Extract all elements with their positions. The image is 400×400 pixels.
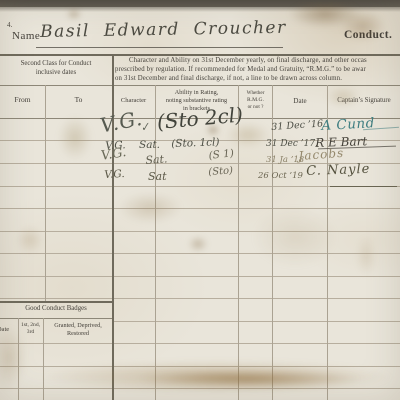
name-label: Name — [12, 30, 40, 42]
badges-date-label: Date — [0, 326, 16, 333]
conduct-label: Conduct. — [344, 29, 392, 41]
scan-top-edge-fade — [0, 7, 400, 12]
entry-character: V.G. — [104, 168, 125, 181]
column-header-rmg-line1: Whether — [239, 90, 272, 96]
badges-action-line1: Granted, Deprived, — [44, 322, 112, 329]
entry-ability: Sat. — [145, 152, 168, 167]
instruction-note-line2: prescribed by regulation. If recommended… — [115, 66, 366, 73]
entry-date: 26 Oct ’19 — [258, 171, 303, 181]
entry-ability: ✓ — [139, 120, 151, 135]
entry-character: V.G. — [100, 145, 127, 164]
entry-signature: A Cund — [321, 115, 375, 134]
entry-signature: C. Nayle — [306, 162, 371, 179]
stain — [0, 326, 26, 390]
stain — [188, 236, 208, 252]
badges-ranks-line1: 1st, 2nd, — [18, 322, 43, 328]
left-section-header-line2: inclusive dates — [4, 69, 108, 76]
scanned-service-record: 4. Name Basil Edward Croucher Conduct. S… — [0, 0, 400, 400]
instruction-note-line1: Character and Ability on 31st December y… — [129, 57, 367, 64]
stain — [58, 116, 92, 160]
name-value: Basil Edward Croucher — [40, 18, 287, 42]
left-section-header-line1: Second Class for Conduct — [4, 60, 108, 67]
entry-ability: Sat — [148, 170, 167, 183]
badges-title: Good Conduct Badges — [0, 305, 112, 312]
entry-rating: (Sto) — [208, 165, 233, 178]
entry-character: V.G. — [98, 106, 145, 138]
column-header-captains-signature: Captain’s Signature — [328, 97, 400, 104]
entry-rating: (Sto. 1cl) — [171, 136, 220, 150]
entry-signature: Jacobs — [298, 146, 345, 163]
column-header-character: Character — [112, 97, 155, 104]
column-header-rmg-line3: or not ? — [239, 104, 272, 110]
entry-rating: (S 1) — [208, 147, 235, 162]
badges-ranks-line2: 3rd — [18, 329, 43, 335]
instruction-note-line3: on 31st December and final discharge, if… — [115, 75, 342, 82]
column-header-from: From — [0, 95, 45, 104]
badges-action-line2: Restored — [44, 330, 112, 337]
stain — [356, 236, 376, 276]
column-header-to: To — [45, 95, 112, 104]
stain — [252, 206, 338, 268]
corner-mark: 4. — [7, 21, 12, 29]
column-header-ability-line2: noting substantive rating — [157, 97, 236, 104]
entry-ability: Sat. — [139, 139, 160, 151]
column-header-date: Date — [273, 97, 327, 105]
name-underline — [36, 47, 283, 48]
column-header-rmg-line2: R.M.G. — [239, 97, 272, 103]
scan-top-edge — [0, 0, 400, 7]
entry-date: 31 Dec ’16 — [271, 118, 323, 133]
column-header-ability-line1: Ability in Rating, — [157, 89, 236, 96]
